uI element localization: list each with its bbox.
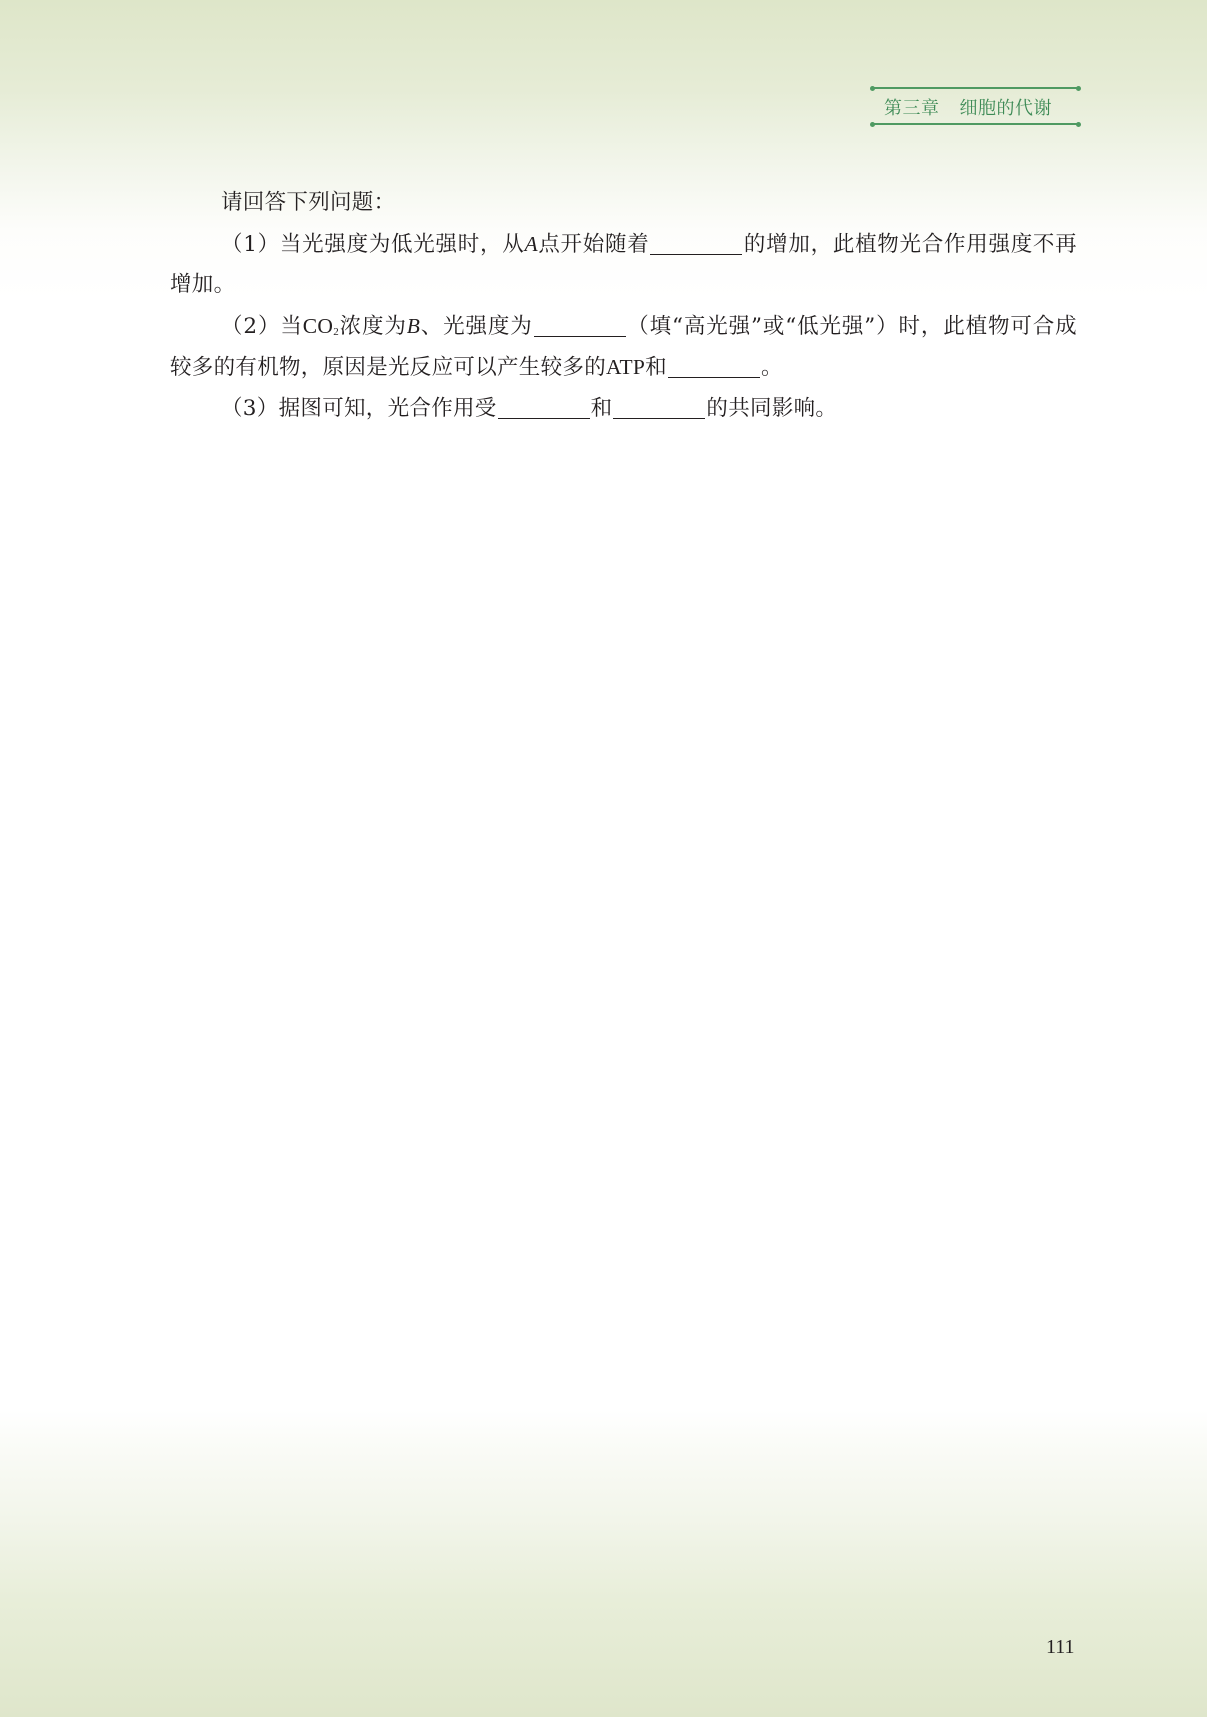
header-bottom-rule <box>872 123 1079 125</box>
question-2-text: 。 <box>761 355 783 380</box>
question-2-text: 和 <box>645 355 667 380</box>
header-top-rule <box>872 87 1079 89</box>
question-2-text: 当CO <box>280 314 333 338</box>
chapter-number: 第三章 <box>884 98 940 119</box>
answer-blank-5[interactable] <box>613 396 705 419</box>
question-2-number: （2） <box>221 314 280 339</box>
question-2: （2）当CO2浓度为B、光强度为（填“高光强”或“低光强”）时，此植物可合成较多… <box>170 306 1077 389</box>
question-3-text: 和 <box>591 396 613 421</box>
question-3-number: （3） <box>221 396 279 421</box>
question-2-text: 、光强度为 <box>420 314 532 339</box>
question-3-text: 据图可知，光合作用受 <box>279 396 497 421</box>
question-3-text: 的共同影响。 <box>706 396 837 421</box>
answer-blank-4[interactable] <box>498 396 590 419</box>
chapter-heading: 第三章细胞的代谢 <box>884 94 1052 120</box>
page-number: 111 <box>1046 1636 1075 1659</box>
question-1-text: 当光强度为低光强时，从 <box>280 232 525 257</box>
answer-blank-3[interactable] <box>668 356 760 379</box>
question-3: （3）据图可知，光合作用受和的共同影响。 <box>170 389 1077 430</box>
question-1-number: （1） <box>221 232 280 257</box>
question-1: （1）当光强度为低光强时，从A点开始随着的增加，此植物光合作用强度不再增加。 <box>170 224 1077 306</box>
point-a-label: A <box>524 232 537 256</box>
answer-blank-1[interactable] <box>650 232 742 255</box>
question-1-text: 点开始随着 <box>538 232 650 257</box>
question-body: 请回答下列问题： （1）当光强度为低光强时，从A点开始随着的增加，此植物光合作用… <box>170 183 1077 429</box>
point-b-label: B <box>407 314 420 338</box>
question-2-text: 浓度为 <box>339 314 407 339</box>
running-header: 第三章细胞的代谢 <box>872 85 1079 127</box>
chapter-title: 细胞的代谢 <box>960 98 1053 119</box>
atp-label: ATP <box>606 355 645 379</box>
question-intro: 请回答下列问题： <box>170 183 1077 224</box>
answer-blank-2[interactable] <box>534 314 626 337</box>
